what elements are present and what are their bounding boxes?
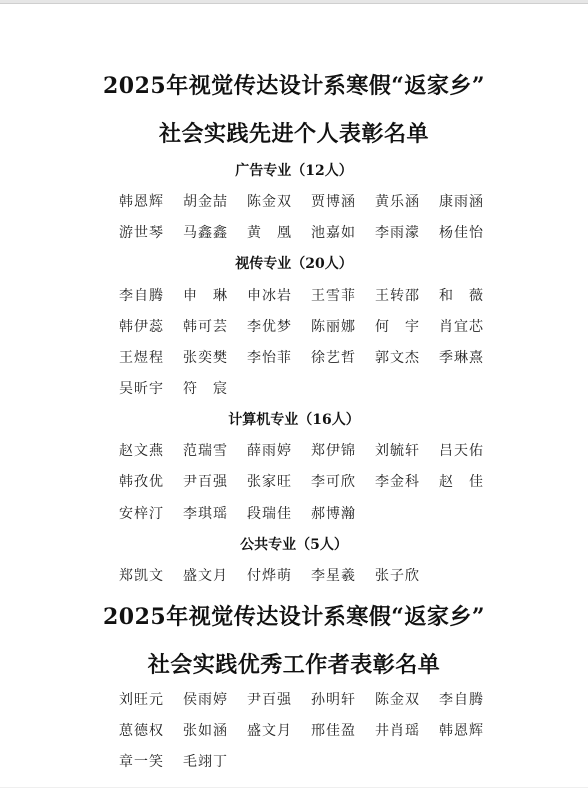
person-name: 侯雨婷 — [183, 689, 228, 709]
section-heading-advertising: 广告专业（12人） — [0, 160, 588, 180]
person-name: 邢佳盈 — [311, 720, 356, 740]
person-name: 段瑞佳 — [247, 503, 292, 523]
person-name: 韩伊蕊 — [119, 316, 164, 336]
person-name: 李自腾 — [119, 285, 164, 305]
person-name: 王雪菲 — [311, 285, 356, 305]
person-name: 胡金喆 — [183, 191, 228, 211]
list2-title-line2: 社会实践优秀工作者表彰名单 — [0, 648, 588, 679]
list1-title-line2: 社会实践先进个人表彰名单 — [0, 117, 588, 148]
person-name: 黄乐涵 — [375, 191, 420, 211]
person-name: 毛翊丁 — [183, 751, 228, 771]
section-heading-visual-communication: 视传专业（20人） — [0, 253, 588, 273]
person-name: 付烨萌 — [247, 565, 292, 585]
person-name: 张如涵 — [183, 720, 228, 740]
list1-title-line1: 2025年视觉传达设计系寒假“返家乡” — [0, 69, 588, 100]
person-name: 陈金双 — [375, 689, 420, 709]
person-name: 李金科 — [375, 471, 420, 491]
person-name: 李星羲 — [311, 565, 356, 585]
person-name: 贾博涵 — [311, 191, 356, 211]
person-name: 陈金双 — [247, 191, 292, 211]
person-name: 安梓汀 — [119, 503, 164, 523]
person-name: 和 薇 — [439, 285, 484, 305]
section-heading-public: 公共专业（5人） — [0, 534, 588, 554]
person-name: 游世琴 — [119, 222, 164, 242]
person-name: 李怡菲 — [247, 347, 292, 367]
person-name: 尹百强 — [183, 471, 228, 491]
person-name: 韩恩辉 — [119, 191, 164, 211]
person-name: 韩可芸 — [183, 316, 228, 336]
list2-title-line1: 2025年视觉传达设计系寒假“返家乡” — [0, 600, 588, 631]
person-name: 范瑞雪 — [183, 440, 228, 460]
person-name: 张子欣 — [375, 565, 420, 585]
person-name: 李可欣 — [311, 471, 356, 491]
person-name: 吕天佑 — [439, 440, 484, 460]
person-name: 郑凯文 — [119, 565, 164, 585]
person-name: 韩恩辉 — [439, 720, 484, 740]
person-name: 赵 佳 — [439, 471, 484, 491]
person-name: 马鑫鑫 — [183, 222, 228, 242]
person-name: 盛文月 — [247, 720, 292, 740]
person-name: 井肖瑶 — [375, 720, 420, 740]
person-name: 郑伊锦 — [311, 440, 356, 460]
person-name: 申冰岩 — [247, 285, 292, 305]
person-name: 韩孜优 — [119, 471, 164, 491]
person-name: 葸德权 — [119, 720, 164, 740]
person-name: 章一笑 — [119, 751, 164, 771]
page-bottom-edge — [0, 787, 588, 788]
window-top-border — [0, 0, 588, 4]
person-name: 赵文燕 — [119, 440, 164, 460]
person-name: 陈丽娜 — [311, 316, 356, 336]
person-name: 杨佳怡 — [439, 222, 484, 242]
person-name: 符 宸 — [183, 378, 228, 398]
person-name: 孙明轩 — [311, 689, 356, 709]
person-name: 康雨涵 — [439, 191, 484, 211]
person-name: 肖宜芯 — [439, 316, 484, 336]
person-name: 徐艺哲 — [311, 347, 356, 367]
person-name: 郝博瀚 — [311, 503, 356, 523]
person-name: 张奕樊 — [183, 347, 228, 367]
person-name: 刘毓轩 — [375, 440, 420, 460]
person-name: 盛文月 — [183, 565, 228, 585]
person-name: 郭文杰 — [375, 347, 420, 367]
person-name: 李优梦 — [247, 316, 292, 336]
section-heading-computer: 计算机专业（16人） — [0, 409, 588, 429]
person-name: 季琳熹 — [439, 347, 484, 367]
person-name: 尹百强 — [247, 689, 292, 709]
person-name: 刘旺元 — [119, 689, 164, 709]
person-name: 何 宇 — [375, 316, 420, 336]
person-name: 王煜程 — [119, 347, 164, 367]
person-name: 黄 凰 — [247, 222, 292, 242]
person-name: 张家旺 — [247, 471, 292, 491]
person-name: 池嘉如 — [311, 222, 356, 242]
person-name: 薛雨婷 — [247, 440, 292, 460]
person-name: 李自腾 — [439, 689, 484, 709]
person-name: 王转邵 — [375, 285, 420, 305]
person-name: 李雨濛 — [375, 222, 420, 242]
person-name: 申 琳 — [183, 285, 228, 305]
person-name: 吴昕宇 — [119, 378, 164, 398]
person-name: 李琪瑶 — [183, 503, 228, 523]
